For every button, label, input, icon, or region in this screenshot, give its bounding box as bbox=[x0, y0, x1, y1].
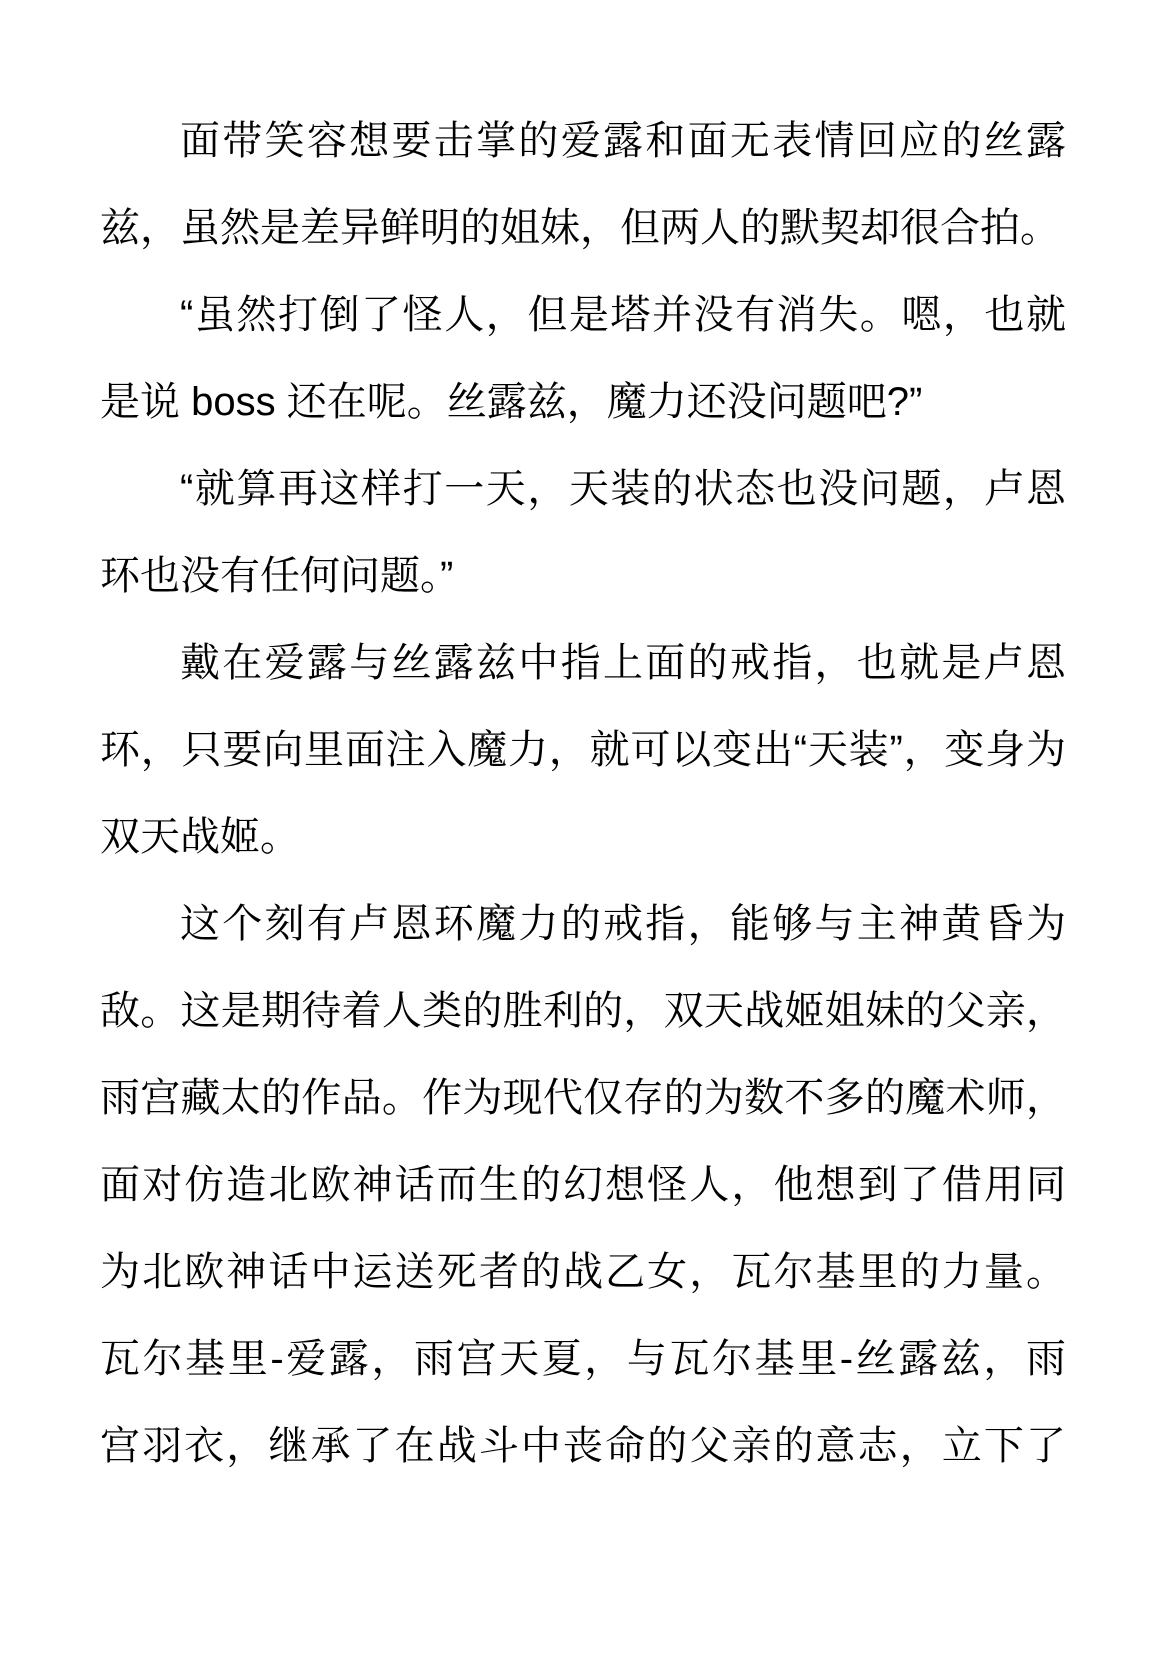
document-page: 面带笑容想要击掌的爱露和面无表情回应的丝露 兹，虽然是差异鲜明的姐妹，但两人的默… bbox=[0, 0, 1166, 1654]
paragraph: “虽然打倒了怪人，但是塔并没有消失。嗯，也就 是说 boss 还在呢。丝露兹，魔… bbox=[100, 272, 1066, 446]
text-line: 是说 boss 还在呢。丝露兹，魔力还没问题吧?” bbox=[100, 359, 1066, 446]
text-line: “虽然打倒了怪人，但是塔并没有消失。嗯，也就 bbox=[100, 272, 1066, 359]
text-line: 面带笑容想要击掌的爱露和面无表情回应的丝露 bbox=[100, 98, 1066, 185]
text-line: 环也没有任何问题。” bbox=[100, 533, 1066, 620]
text-line: 戴在爱露与丝露兹中指上面的戒指，也就是卢恩 bbox=[100, 620, 1066, 707]
paragraph: “就算再这样打一天，天装的状态也没问题，卢恩 环也没有任何问题。” bbox=[100, 446, 1066, 620]
paragraph: 这个刻有卢恩环魔力的戒指，能够与主神黄昏为 敌。这是期待着人类的胜利的，双天战姬… bbox=[100, 881, 1066, 1490]
text-line: “就算再这样打一天，天装的状态也没问题，卢恩 bbox=[100, 446, 1066, 533]
text-line: 面对仿造北欧神话而生的幻想怪人，他想到了借用同 bbox=[100, 1142, 1066, 1229]
text-line: 敌。这是期待着人类的胜利的，双天战姬姐妹的父亲， bbox=[100, 968, 1066, 1055]
paragraph: 面带笑容想要击掌的爱露和面无表情回应的丝露 兹，虽然是差异鲜明的姐妹，但两人的默… bbox=[100, 98, 1066, 272]
text-line: 环，只要向里面注入魔力，就可以变出“天装”，变身为 bbox=[100, 707, 1066, 794]
text-line: 为北欧神话中运送死者的战乙女，瓦尔基里的力量。 bbox=[100, 1229, 1066, 1316]
text-line: 雨宫藏太的作品。作为现代仅存的为数不多的魔术师， bbox=[100, 1055, 1066, 1142]
text-line: 双天战姬。 bbox=[100, 794, 1066, 881]
text-line: 瓦尔基里-爱露，雨宫天夏，与瓦尔基里-丝露兹，雨 bbox=[100, 1316, 1066, 1403]
paragraph: 戴在爱露与丝露兹中指上面的戒指，也就是卢恩 环，只要向里面注入魔力，就可以变出“… bbox=[100, 620, 1066, 881]
text-line: 兹，虽然是差异鲜明的姐妹，但两人的默契却很合拍。 bbox=[100, 185, 1066, 272]
text-line: 宫羽衣，继承了在战斗中丧命的父亲的意志，立下了 bbox=[100, 1403, 1066, 1490]
text-line: 这个刻有卢恩环魔力的戒指，能够与主神黄昏为 bbox=[100, 881, 1066, 968]
